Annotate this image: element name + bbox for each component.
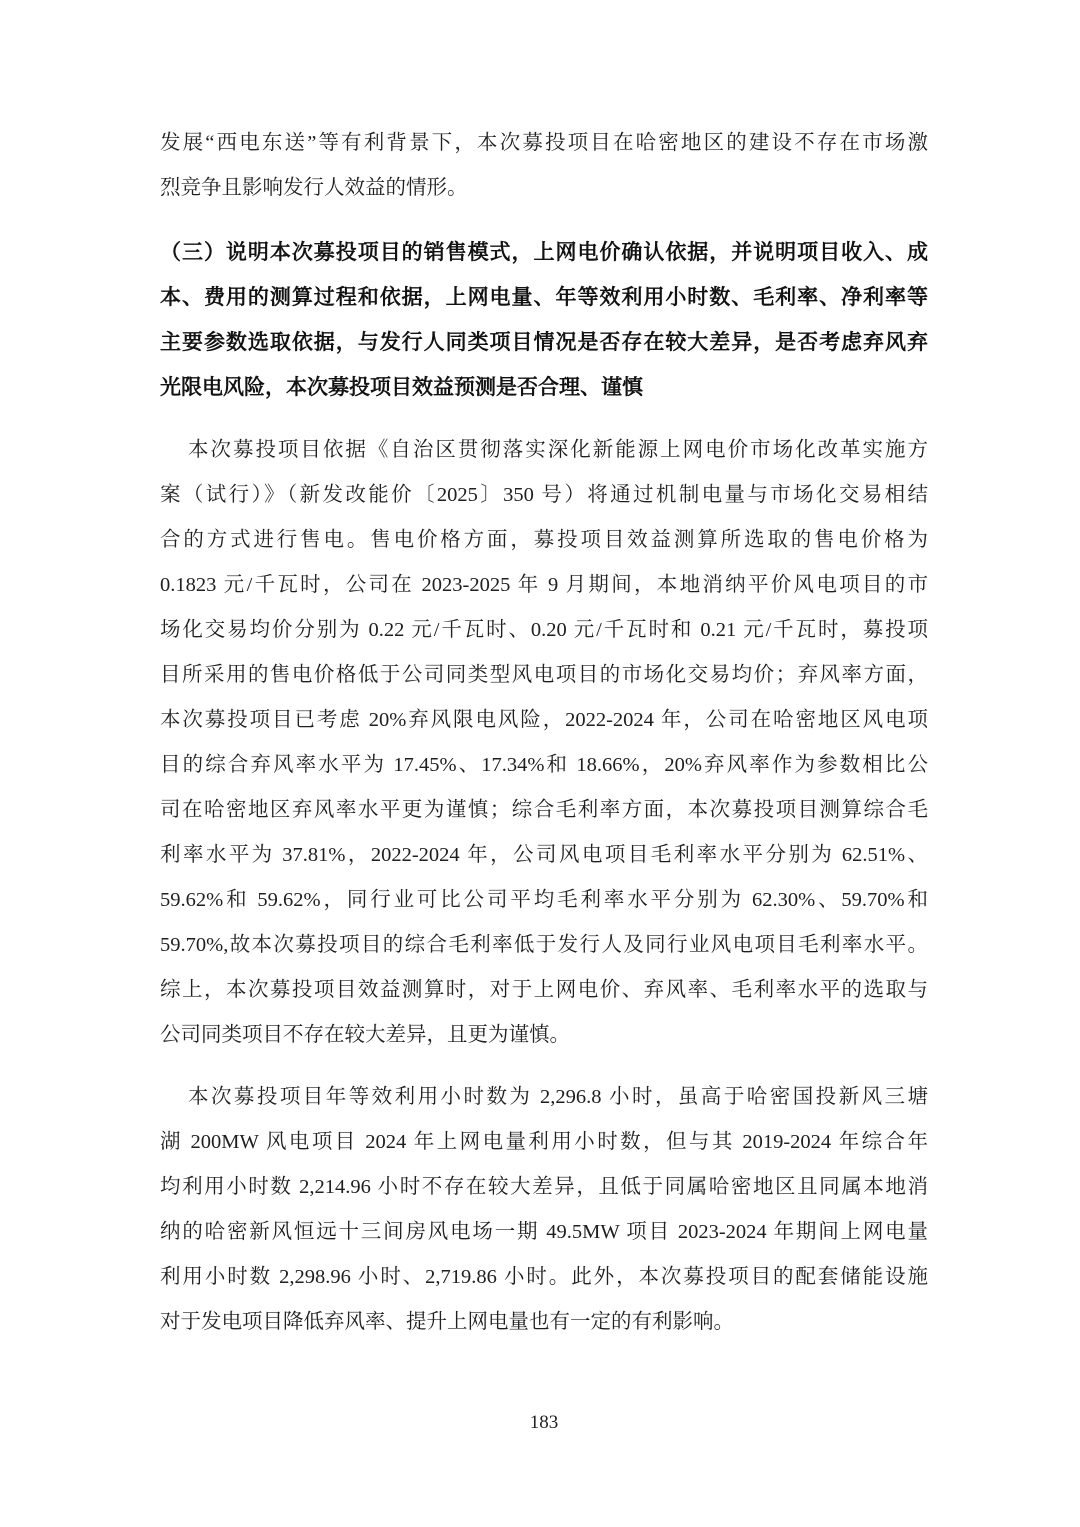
text-line: 综上，本次募投项目效益测算时，对于上网电价、弃风率、毛利率水平的选取与 bbox=[160, 968, 928, 1013]
content-area: 发展“西电东送”等有利背景下，本次募投项目在哈密地区的建设不存在市场激 烈竞争且… bbox=[160, 121, 928, 1345]
text-line: 本次募投项目依据《自治区贯彻落实深化新能源上网电价市场化改革实施方 bbox=[160, 428, 928, 473]
utilization-hours-paragraph: 本次募投项目年等效利用小时数为 2,296.8 小时，虽高于哈密国投新风三塘 湖… bbox=[160, 1075, 928, 1345]
text-line: 本次募投项目年等效利用小时数为 2,296.8 小时，虽高于哈密国投新风三塘 bbox=[160, 1075, 928, 1120]
heading-line: （三）说明本次募投项目的销售模式，上网电价确认依据，并说明项目收入、成 bbox=[160, 230, 928, 275]
text-line: 利率水平为 37.81%，2022-2024 年，公司风电项目毛利率水平分别为 … bbox=[160, 833, 928, 878]
text-line: 合的方式进行售电。售电价格方面，募投项目效益测算所选取的售电价格为 bbox=[160, 518, 928, 563]
heading-line: 本、费用的测算过程和依据，上网电量、年等效利用小时数、毛利率、净利率等 bbox=[160, 275, 928, 320]
intro-paragraph: 发展“西电东送”等有利背景下，本次募投项目在哈密地区的建设不存在市场激 烈竞争且… bbox=[160, 121, 928, 211]
text-line: 公司同类项目不存在较大差异，且更为谨慎。 bbox=[160, 1013, 928, 1058]
text-line: 对于发电项目降低弃风率、提升上网电量也有一定的有利影响。 bbox=[160, 1300, 928, 1345]
text-line: 利用小时数 2,298.96 小时、2,719.86 小时。此外，本次募投项目的… bbox=[160, 1255, 928, 1300]
heading-line: 光限电风险，本次募投项目效益预测是否合理、谨慎 bbox=[160, 365, 928, 410]
text-line: 发展“西电东送”等有利背景下，本次募投项目在哈密地区的建设不存在市场激 bbox=[160, 121, 928, 166]
document-page: 发展“西电东送”等有利背景下，本次募投项目在哈密地区的建设不存在市场激 烈竞争且… bbox=[0, 0, 1080, 1527]
text-line: 案（试行）》（新发改能价〔2025〕350 号）将通过机制电量与市场化交易相结 bbox=[160, 473, 928, 518]
pricing-paragraph: 本次募投项目依据《自治区贯彻落实深化新能源上网电价市场化改革实施方 案（试行）》… bbox=[160, 428, 928, 1058]
text-line: 59.70%,故本次募投项目的综合毛利率低于发行人及同行业风电项目毛利率水平。 bbox=[160, 923, 928, 968]
text-line: 本次募投项目已考虑 20%弃风限电风险，2022-2024 年，公司在哈密地区风… bbox=[160, 698, 928, 743]
text-line: 均利用小时数 2,214.96 小时不存在较大差异，且低于同属哈密地区且同属本地… bbox=[160, 1165, 928, 1210]
text-line: 湖 200MW 风电项目 2024 年上网电量利用小时数，但与其 2019-20… bbox=[160, 1120, 928, 1165]
text-line: 烈竞争且影响发行人效益的情形。 bbox=[160, 166, 928, 211]
text-line: 场化交易均价分别为 0.22 元/千瓦时、0.20 元/千瓦时和 0.21 元/… bbox=[160, 608, 928, 653]
text-line: 纳的哈密新风恒远十三间房风电场一期 49.5MW 项目 2023-2024 年期… bbox=[160, 1210, 928, 1255]
text-line: 0.1823 元/千瓦时，公司在 2023-2025 年 9 月期间，本地消纳平… bbox=[160, 563, 928, 608]
section-heading: （三）说明本次募投项目的销售模式，上网电价确认依据，并说明项目收入、成 本、费用… bbox=[160, 230, 928, 410]
text-line: 司在哈密地区弃风率水平更为谨慎；综合毛利率方面，本次募投项目测算综合毛 bbox=[160, 788, 928, 833]
page-number: 183 bbox=[160, 1412, 928, 1434]
heading-line: 主要参数选取依据，与发行人同类项目情况是否存在较大差异，是否考虑弃风弃 bbox=[160, 320, 928, 365]
text-line: 目所采用的售电价格低于公司同类型风电项目的市场化交易均价；弃风率方面， bbox=[160, 653, 928, 698]
text-line: 目的综合弃风率水平为 17.45%、17.34%和 18.66%，20%弃风率作… bbox=[160, 743, 928, 788]
text-line: 59.62%和 59.62%，同行业可比公司平均毛利率水平分别为 62.30%、… bbox=[160, 878, 928, 923]
